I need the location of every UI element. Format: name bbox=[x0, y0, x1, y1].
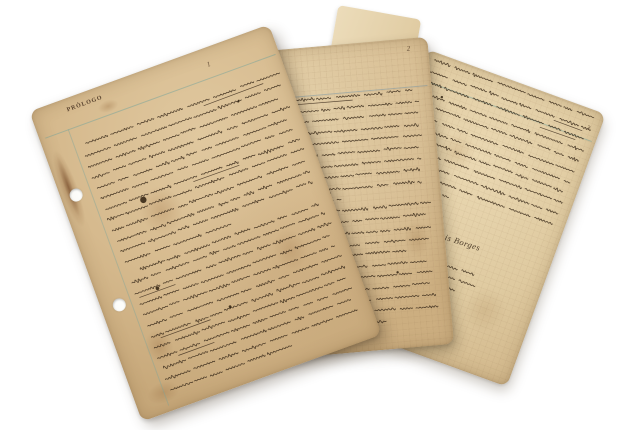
manuscript-photo: 3 Jorge Luis Borges 2 PRÓLOGO 1 bbox=[0, 0, 623, 430]
page-number: 2 bbox=[406, 44, 410, 52]
